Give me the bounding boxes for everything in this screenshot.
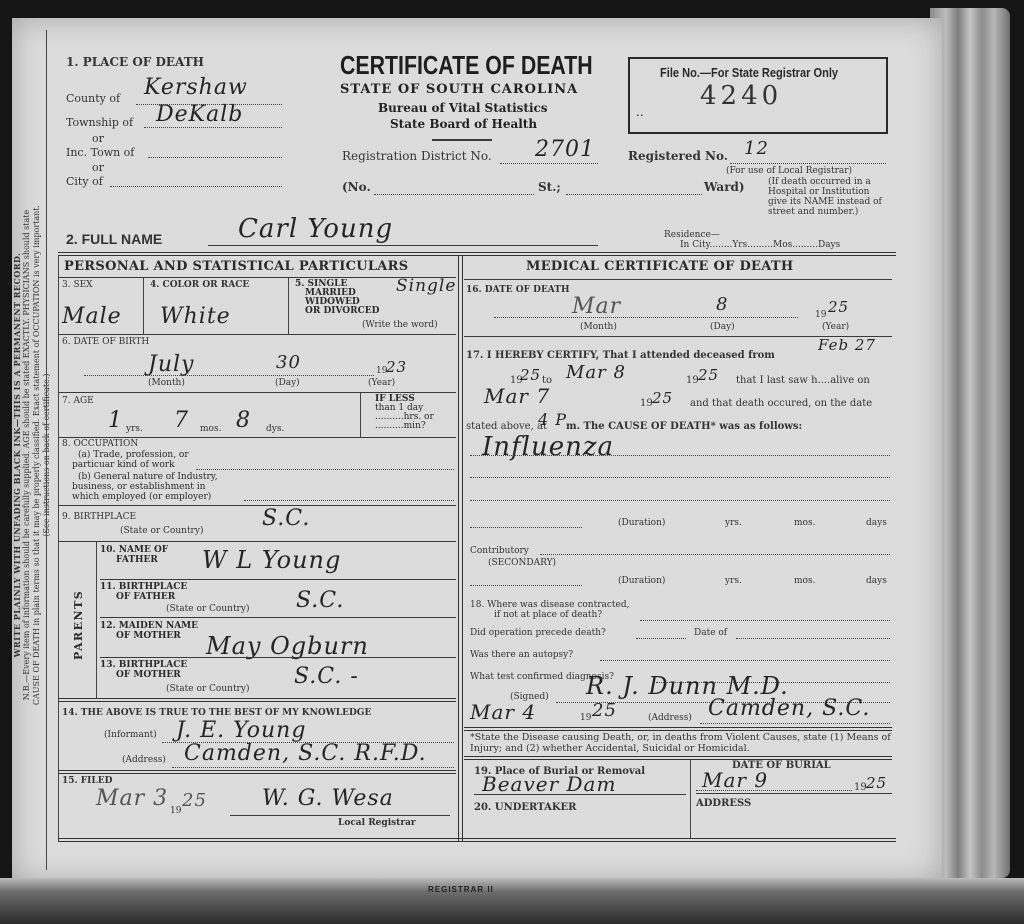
row-divider <box>58 334 456 335</box>
or-text-1: or <box>92 133 104 144</box>
section-divider <box>58 698 456 702</box>
last-saw-text: that I last saw h....alive on <box>736 375 870 386</box>
father-birthplace-label: 11. BIRTHPLACE OF FATHER <box>100 582 187 602</box>
to-year-prefix: 19 <box>686 375 699 386</box>
filed-date[interactable]: Mar 3 <box>96 786 168 811</box>
dys-label: dys. <box>266 424 284 435</box>
dod-day[interactable]: 8 <box>716 294 728 315</box>
registered-no-line <box>730 163 886 164</box>
father-birthplace-value[interactable]: S.C. <box>296 588 344 613</box>
registration-district-label: Registration District No. <box>342 151 492 162</box>
year-caption: (Year) <box>368 378 395 389</box>
burial-divider <box>690 760 691 838</box>
file-number-label: File No.—For State Registrar Only <box>660 65 838 80</box>
file-number-value: 4240 <box>700 81 782 111</box>
yrs-label: yrs. <box>126 424 143 435</box>
last-saw-date[interactable]: Mar 7 <box>484 384 550 408</box>
q18-line-2: if not at place of death? <box>494 610 602 621</box>
undertaker-label: 20. UNDERTAKER <box>474 802 576 813</box>
duration-yrs-1: yrs. <box>725 518 742 529</box>
label-line: FATHER <box>100 555 168 565</box>
label-line: OF MOTHER <box>100 670 187 680</box>
q18-answer-line[interactable] <box>640 620 890 621</box>
ward-label: Ward) <box>704 182 745 193</box>
occupation-b-line[interactable] <box>244 500 454 501</box>
dob-year[interactable]: 23 <box>386 358 407 376</box>
occupation-a-label: (a) Trade, profession, or particuar kind… <box>72 450 189 470</box>
dod-year[interactable]: 25 <box>828 298 849 316</box>
certificate-title: CERTIFICATE OF DEATH <box>340 50 593 81</box>
frame-middle <box>458 256 463 842</box>
sex-label: 3. SEX <box>62 280 93 290</box>
last-saw-year[interactable]: 25 <box>652 389 673 407</box>
physician-address[interactable]: Camden, S.C. <box>708 696 870 721</box>
from-year[interactable]: 25 <box>520 366 541 384</box>
burial-date-rule <box>696 793 892 794</box>
town-label: Inc. Town of <box>66 147 134 158</box>
to-year[interactable]: 25 <box>698 366 719 384</box>
burial-address-label: ADDRESS <box>696 798 751 809</box>
mos-label: mos. <box>200 424 221 435</box>
street-no-line <box>374 194 534 195</box>
physician-address-label: (Address) <box>648 713 692 724</box>
street-line <box>566 194 702 195</box>
filed-year[interactable]: 25 <box>182 790 207 811</box>
contributory-line[interactable] <box>540 554 890 555</box>
bottom-strip-label: REGISTRAR II <box>428 885 494 894</box>
section-divider <box>58 770 456 774</box>
filed-label: 15. FILED <box>62 776 112 786</box>
occ-b-line: business, or establishment in <box>72 482 218 492</box>
dod-year-caption: (Year) <box>822 322 849 333</box>
row-divider <box>58 392 456 393</box>
last-saw-year-prefix: 19 <box>640 398 653 409</box>
township-value[interactable]: DeKalb <box>156 102 243 127</box>
margin-line-1: N.B.—Every item of information should be… <box>22 75 32 835</box>
personal-section-heading: PERSONAL AND STATISTICAL PARTICULARS <box>64 259 408 274</box>
cause-line-1 <box>470 455 890 456</box>
birthplace-hint: (State or Country) <box>120 526 203 537</box>
col-divider <box>288 278 289 334</box>
race-value[interactable]: White <box>160 304 231 329</box>
marital-hint: (Write the word) <box>362 320 438 331</box>
age-days[interactable]: 8 <box>236 408 251 433</box>
burial-year-prefix: 19 <box>854 782 867 793</box>
header-divider <box>58 252 896 256</box>
informant-address-line <box>172 767 454 768</box>
sex-value[interactable]: Male <box>62 304 122 329</box>
col-divider <box>143 278 144 334</box>
duration-days-2: days <box>866 576 887 587</box>
row-divider <box>100 579 456 580</box>
date-of-label: Date of <box>694 628 727 639</box>
mother-name-label: 12. MAIDEN NAME OF MOTHER <box>100 621 198 641</box>
dod-month-caption: (Month) <box>580 322 617 333</box>
street-label: St.; <box>538 182 561 193</box>
row-divider <box>58 541 456 542</box>
medical-section-heading: MEDICAL CERTIFICATE OF DEATH <box>526 259 793 274</box>
label-line: 12. MAIDEN NAME <box>100 621 198 631</box>
dod-year-prefix: 19 <box>815 310 826 321</box>
margin-line-2: CAUSE OF DEATH in plain terms so that it… <box>32 75 42 835</box>
registered-no-label: Registered No. <box>628 151 728 162</box>
if-less-line: ..........min? <box>375 422 434 431</box>
page-bottom-edge <box>0 878 1024 924</box>
signed-year[interactable]: 25 <box>592 700 617 721</box>
burial-place-value[interactable]: Beaver Dam <box>482 772 616 796</box>
file-number-box: File No.—For State Registrar Only 4240 .… <box>628 57 888 134</box>
place-of-death-label: 1. PLACE OF DEATH <box>66 55 204 69</box>
burial-date-value[interactable]: Mar 9 <box>702 768 768 792</box>
informant-address-label: (Address) <box>122 755 166 766</box>
cause-line-4 <box>470 527 582 528</box>
marital-label: 5. SINGLE MARRIED WIDOWED OR DIVORCED <box>295 280 379 316</box>
informant-statement: 14. THE ABOVE IS TRUE TO THE BEST OF MY … <box>62 708 371 718</box>
race-label: 4. COLOR OR RACE <box>150 280 249 290</box>
township-label: Township of <box>66 117 133 128</box>
signed-year-prefix: 19 <box>580 713 591 724</box>
birthplace-value[interactable]: S.C. <box>262 506 310 531</box>
cause-of-death[interactable]: Influenza <box>482 432 614 462</box>
secondary-line <box>470 585 582 586</box>
dod-label: 16. DATE OF DEATH <box>466 285 570 295</box>
district-line <box>500 163 598 164</box>
dob-line <box>84 375 374 376</box>
book-page-edges <box>930 8 1010 878</box>
hospital-note: (If death occurred in a Hospital or Inst… <box>768 177 888 217</box>
town-line <box>148 157 282 158</box>
row-divider <box>100 657 456 658</box>
informant-address-value[interactable]: Camden, S.C. R.F.D. <box>184 741 427 766</box>
parents-divider <box>96 542 97 698</box>
title-rule <box>432 139 492 141</box>
residence-fields: In City........Yrs.........Mos.........D… <box>680 240 840 251</box>
registrar-line <box>230 815 450 816</box>
informant-value[interactable]: J. E. Young <box>176 718 306 743</box>
dob-label: 6. DATE OF BIRTH <box>62 337 149 347</box>
margin-rule <box>46 30 47 870</box>
time-of-death[interactable]: 4 P <box>538 410 567 429</box>
age-years[interactable]: 1 <box>108 408 123 433</box>
duration-mos-1: mos. <box>794 518 815 529</box>
frame-left <box>58 256 59 842</box>
dob-day[interactable]: 30 <box>276 352 301 373</box>
full-name-value[interactable]: Carl Young <box>238 214 393 244</box>
duration-label-2: (Duration) <box>618 576 665 587</box>
city-label: City of <box>66 176 103 187</box>
marital-value[interactable]: Single <box>396 276 456 296</box>
cause-text: m. The CAUSE OF DEATH* was as follows: <box>566 421 802 432</box>
occupation-b-label: (b) General nature of Industry, business… <box>72 472 218 502</box>
bottom-frame <box>58 838 896 842</box>
occupation-a-line[interactable] <box>196 469 454 470</box>
occ-b-line: which employed (or employer) <box>72 492 218 502</box>
mother-birthplace-value[interactable]: S.C. - <box>294 664 359 689</box>
col-divider <box>360 393 361 437</box>
occ-a-line: (a) Trade, profession, or <box>72 450 189 460</box>
county-value[interactable]: Kershaw <box>144 75 248 100</box>
occupation-label: 8. OCCUPATION <box>62 439 138 449</box>
birthplace-label: 9. BIRTHPLACE <box>62 512 136 522</box>
registered-no-value[interactable]: 12 <box>744 138 769 159</box>
label-line: 10. NAME OF <box>100 545 168 555</box>
marital-label-line: OR DIVORCED <box>295 307 379 316</box>
cause-line-3 <box>470 500 890 501</box>
dod-line <box>494 317 798 318</box>
cause-footnote: *State the Disease causing Death, or, in… <box>470 732 896 754</box>
registrar-signature[interactable]: W. G. Wesa <box>262 786 394 811</box>
attended-to[interactable]: Mar 8 <box>566 362 626 383</box>
dod-month[interactable]: Mar <box>572 294 621 319</box>
informant-label: (Informant) <box>104 730 157 741</box>
dob-month[interactable]: July <box>148 352 194 377</box>
label-line: OF MOTHER <box>100 631 198 641</box>
row-divider <box>58 505 456 506</box>
burial-year[interactable]: 25 <box>866 774 887 792</box>
operation-label: Did operation precede death? <box>470 628 606 639</box>
row-divider <box>58 437 456 438</box>
duration-days-1: days <box>866 518 887 529</box>
label-line: 13. BIRTHPLACE <box>100 660 187 670</box>
board-name: State Board of Health <box>390 117 537 131</box>
operation-line[interactable] <box>636 638 686 639</box>
section-divider <box>464 727 892 731</box>
full-name-label: 2. FULL NAME <box>66 231 162 247</box>
age-months[interactable]: 7 <box>174 408 189 433</box>
stated-above-text: stated above, at <box>466 421 547 432</box>
or-text-2: or <box>92 162 104 173</box>
occ-b-line: (b) General nature of Industry, <box>72 472 218 482</box>
mother-birthplace-label: 13. BIRTHPLACE OF MOTHER <box>100 660 187 680</box>
if-less-label: IF LESS than 1 day ..........hrs. or ...… <box>375 395 434 431</box>
row-divider <box>100 617 456 618</box>
attended-from[interactable]: Feb 27 <box>818 336 876 354</box>
label-line: OF FATHER <box>100 592 187 602</box>
county-label: County of <box>66 93 120 104</box>
city-line <box>110 186 282 187</box>
filed-year-prefix: 19 <box>170 806 181 817</box>
bureau-name: Bureau of Vital Statistics <box>378 101 548 115</box>
autopsy-label: Was there an autopsy? <box>470 650 573 661</box>
dod-day-caption: (Day) <box>710 322 735 333</box>
date-of-line[interactable] <box>736 638 890 639</box>
age-label: 7. AGE <box>62 396 94 406</box>
duration-yrs-2: yrs. <box>725 576 742 587</box>
file-box-mark: .. <box>636 105 644 119</box>
secondary-label: (SECONDARY) <box>488 558 556 569</box>
margin-heading: WRITE PLAINLY WITH UNFADING BLACK INK—TH… <box>12 75 22 835</box>
duration-label-1: (Duration) <box>618 518 665 529</box>
margin-line-3: (See instructions on back of certificate… <box>42 75 52 835</box>
cause-line-2 <box>470 477 890 478</box>
month-caption: (Month) <box>148 378 185 389</box>
day-caption: (Day) <box>275 378 300 389</box>
autopsy-line[interactable] <box>600 660 890 661</box>
contributory-label: Contributory <box>470 546 529 557</box>
mother-birthplace-hint: (State or Country) <box>166 684 249 695</box>
street-no-label: (No. <box>342 182 371 193</box>
occ-a-line: particuar kind of work <box>72 460 189 470</box>
registration-district-value[interactable]: 2701 <box>535 137 595 162</box>
signed-date[interactable]: Mar 4 <box>470 700 536 724</box>
physician-address-line <box>700 723 890 724</box>
row-divider <box>464 279 892 280</box>
local-registrar-label: Local Registrar <box>338 818 416 828</box>
duration-mos-2: mos. <box>794 576 815 587</box>
father-name-value[interactable]: W L Young <box>202 546 341 574</box>
certify-text: 17. I HEREBY CERTIFY, That I attended de… <box>466 350 775 361</box>
full-name-line <box>208 245 598 246</box>
local-registrar-note: (For use of Local Registrar) <box>726 166 852 177</box>
death-occurred-text: and that death occured, on the date <box>690 398 872 409</box>
state-name: STATE OF SOUTH CAROLINA <box>340 82 578 97</box>
father-name-label: 10. NAME OF FATHER <box>100 545 168 565</box>
father-birthplace-hint: (State or Country) <box>166 604 249 615</box>
mother-name-value[interactable]: May Ogburn <box>206 632 369 660</box>
parents-side-label: PARENTS <box>72 590 85 660</box>
township-line <box>144 127 282 128</box>
label-line: 11. BIRTHPLACE <box>100 582 187 592</box>
